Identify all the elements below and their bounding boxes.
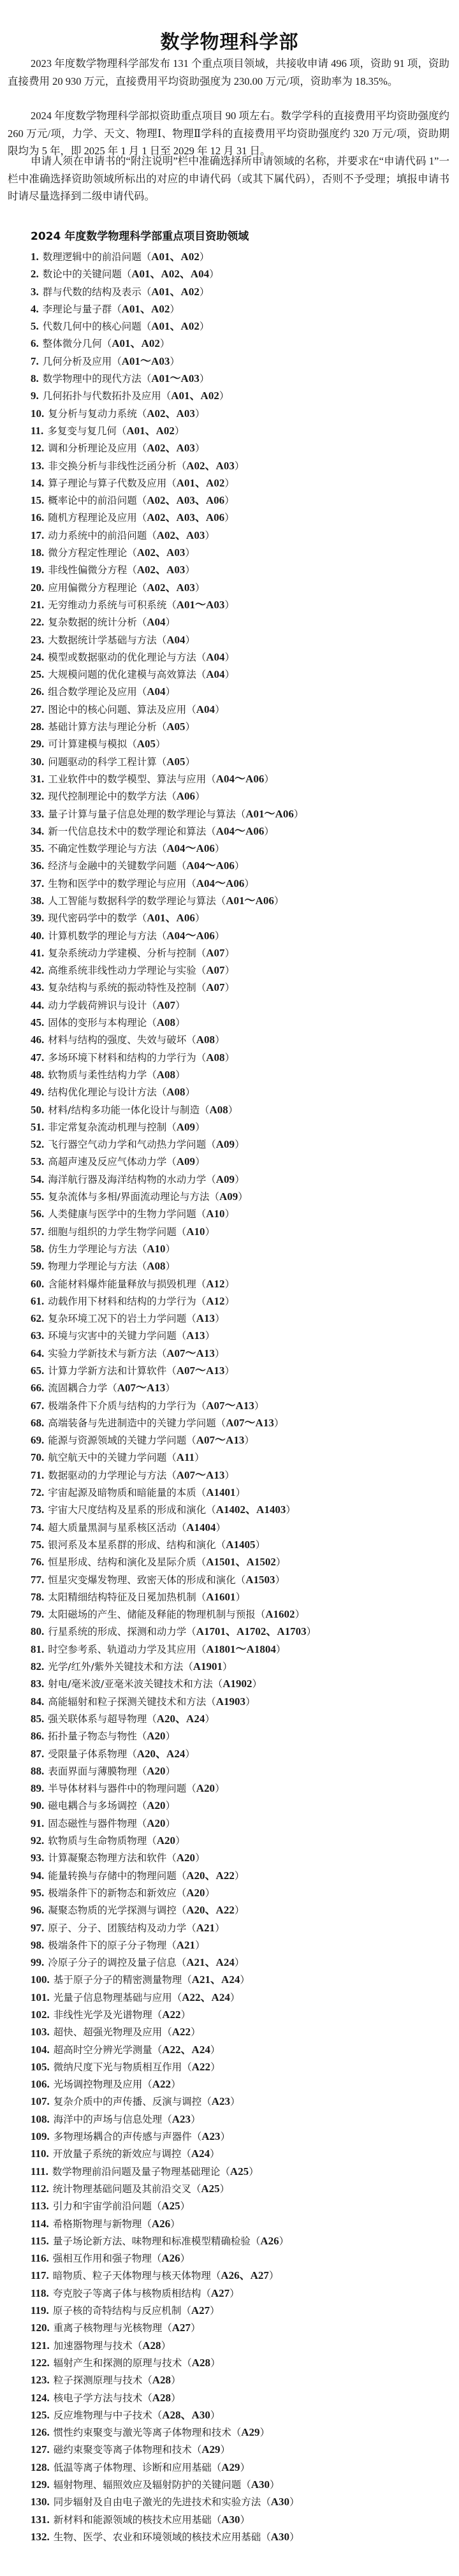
area-application-code: A07～A13 [177,1469,225,1481]
open-paren: （ [191,2183,201,2195]
close-paren: ） [286,1504,296,1516]
close-paren: ） [210,2357,221,2369]
funding-area-item: 12.调和分析理论及应用（A02、A03） [31,439,316,457]
funding-area-item: 61.动载作用下材料和结构的力学行为（A12） [31,1292,316,1310]
area-name: 问题驱动的科学工程计算 [48,756,157,768]
close-paren: ） [166,1800,176,1811]
close-paren: ） [205,1226,215,1238]
open-paren: （ [196,1296,207,1307]
area-name: 复分析与复动力系统 [48,408,137,420]
area-application-code: A29 [201,2443,220,2455]
open-paren: （ [200,1104,210,1116]
close-paren: ） [156,738,166,750]
area-number: 38. [31,895,44,907]
funding-area-item: 107.复杂介质中的声传播、反演与调控（A23） [31,2093,316,2110]
area-number: 125. [31,2409,50,2421]
open-paren: （ [196,1644,207,1655]
close-paren: ） [225,1296,235,1307]
close-paren: ） [224,478,235,489]
area-application-code: A25 [230,2165,249,2177]
area-application-code: A26 [152,2218,170,2230]
area-number: 64. [31,1347,44,1359]
area-application-code: A04 [147,616,165,628]
area-number: 9. [31,390,39,402]
funding-area-item: 28.基础计算方法与理论分析（A05） [31,718,316,735]
open-paren: （ [157,930,167,942]
area-name: 量子计算与量子信息处理的数学理论与算法 [48,809,236,820]
open-paren: （ [157,634,167,646]
open-paren: （ [236,809,246,820]
open-paren: （ [196,1556,207,1568]
open-paren: （ [142,321,152,332]
area-number: 29. [31,738,44,750]
close-paren: ） [195,1940,205,1951]
close-paren: ） [235,1174,245,1185]
open-paren: （ [117,425,127,437]
area-name: 非定常复杂流动机理与控制 [48,1122,166,1133]
area-application-code: A01～A03 [122,355,170,367]
area-number: 61. [31,1295,44,1307]
area-name: 计算机数学的理论与方法 [48,930,157,942]
area-name: 多场环境下材料和结构的力学行为 [48,1052,196,1064]
area-name: 惯性约束聚变与激光等离子体物理和技术 [54,2427,231,2438]
funding-area-item: 79.太阳磁场的产生、储能及释能的物理机制与预报（A1602） [31,1606,316,1623]
open-paren: （ [137,1800,147,1811]
area-name: 数学物理前沿问题及量子物理基础理论 [52,2166,221,2177]
area-name: 流固耦合力学 [48,1382,107,1394]
open-paren: （ [142,373,152,384]
open-paren: （ [137,1243,147,1255]
page-title: 数学物理科学部 [0,31,459,55]
intro-paragraph-2023-stats: 2023 年度数学物理科学部发布 131 个重点项目领域，共接收申请 496 项… [8,55,449,90]
area-application-code: A20、A22 [186,1904,235,1916]
funding-area-item: 10.复分析与复动力系统（A02、A03） [31,405,316,422]
area-application-code: A12 [206,1278,224,1290]
area-number: 72. [31,1486,44,1498]
area-number: 109. [31,2130,50,2142]
open-paren: （ [137,1261,147,1272]
funding-area-item: 27.图论中的核心问题、算法及应用（A04） [31,701,316,718]
open-paren: （ [177,1522,187,1533]
open-paren: （ [147,1000,157,1011]
close-paren: ） [240,2514,251,2526]
area-number: 21. [31,599,44,611]
close-paren: ） [166,1766,176,1777]
area-name: 生物和医学中的数学理论与应用 [48,878,186,889]
area-number: 113. [31,2200,49,2212]
area-application-code: A08 [196,1034,215,1046]
open-paren: （ [147,530,157,541]
area-name: 强关联体系与超导物理 [48,1713,147,1725]
funding-area-item: 100.基于原子分子的精密测量物理（A21、A24） [31,1971,316,1988]
close-paren: ） [224,1365,235,1377]
funding-area-item: 131.新材料和能源领域的核技术应用基础（A30） [31,2511,316,2528]
close-paren: ） [295,1609,305,1620]
close-paren: ） [216,1522,226,1533]
area-name: 航空航天中的关键力学问题 [48,1452,166,1463]
area-number: 43. [31,981,44,993]
area-application-code: A04 [166,634,185,646]
area-number: 60. [31,1278,44,1290]
area-application-code: A01、A02 [171,390,219,402]
close-paren: ） [171,2392,181,2404]
area-name: 计算力学新方法和计算软件 [48,1365,166,1377]
area-number: 66. [31,1382,44,1394]
funding-area-item: 20.应用偏微分方程理论（A02、A03） [31,579,316,596]
close-paren: ） [195,582,205,594]
area-name: 环境与灾害中的关键力学问题 [48,1330,177,1342]
area-application-code: A26 [161,2252,180,2264]
area-name: 固态磁性与器件物理 [48,1818,137,1829]
open-paren: （ [137,495,147,506]
area-name: 飞行器空气动力学和气动热力学问题 [48,1139,206,1150]
funding-area-item: 39.现代密码学中的数学（A01、A06） [31,909,316,926]
funding-area-item: 3.群与代数的结构及表示（A01、A02） [31,283,316,300]
area-name: 冷原子分子的调控及量子信息 [48,1957,177,1968]
area-name: 软物质与生命物质物理 [48,1835,147,1847]
area-number: 101. [31,1991,50,2003]
open-paren: （ [102,338,112,349]
area-number: 131. [31,2514,50,2526]
funding-area-item: 53.高超声速及反应气体动力学（A09） [31,1153,316,1170]
close-paren: ） [205,530,215,541]
open-paren: （ [177,1870,187,1882]
area-application-code: A09 [177,1155,195,1167]
funding-area-item: 89.半导体材料与器件中的物理问题（A20） [31,1780,316,1797]
funding-area-item: 125.反应堆物理与中子技术（A28、A30） [31,2406,316,2424]
open-paren: （ [152,2253,162,2264]
area-name: 高超声速及反应气体动力学 [48,1156,166,1167]
area-application-code: A07 [157,999,175,1011]
area-number: 70. [31,1451,44,1463]
area-name: 数学物理中的现代方法 [43,373,142,384]
close-paren: ） [166,686,176,698]
close-paren: ） [225,948,235,959]
open-paren: （ [212,2462,222,2473]
area-application-code: A02、A03 [137,546,186,559]
area-number: 47. [31,1051,44,1064]
funding-area-item: 36.经济与金融中的关键数学问题（A04～A06） [31,857,316,874]
area-number: 118. [31,2287,49,2299]
close-paren: ） [235,1905,245,1916]
close-paren: ） [230,1992,240,2003]
funding-area-item: 96.凝聚态物质的光学探测与调控（A20、A22） [31,1901,316,1919]
area-name: 复杂结构与系统的振动特性及控制 [48,982,196,993]
area-application-code: A1501、A1502 [206,1556,276,1568]
funding-area-item: 46.材料与结构的强度、失效与破坏（A08） [31,1031,316,1048]
funding-area-item: 60.含能材料爆炸能量释放与损毁机理（A12） [31,1275,316,1292]
area-number: 87. [31,1748,44,1760]
open-paren: （ [206,1139,216,1150]
close-paren: ） [220,2183,230,2195]
open-paren: （ [196,669,207,680]
open-paren: （ [251,2236,261,2247]
area-name: 反应堆物理与中子技术 [54,2410,152,2421]
close-paren: ） [166,1243,176,1255]
funding-area-item: 129.辐射物理、辐照效应及辐射防护的关键问题（A30） [31,2476,316,2493]
close-paren: ） [191,2026,201,2038]
area-application-code: A04 [196,703,215,715]
funding-area-item: 81.时空参考系、轨道动力学及其应用（A1801～A1804） [31,1641,316,1658]
close-paren: ） [170,304,180,315]
funding-area-item: 87.受限量子体系物理（A20、A24） [31,1745,316,1762]
area-application-code: A01、A02 [151,251,200,263]
funding-area-item: 16.随机方程理论及应用（A02、A03、A06） [31,509,316,526]
area-name: 现代密码学中的数学 [48,912,137,924]
open-paren: （ [196,965,207,976]
funding-area-item: 123.粒子探测原理与技术（A28） [31,2371,316,2389]
area-number: 45. [31,1016,44,1028]
open-paren: （ [147,1069,157,1081]
open-paren: （ [127,738,137,750]
area-name: 海洋中的声场与信息处理 [54,2114,163,2125]
close-paren: ） [260,2427,270,2438]
funding-area-item: 109.多物理场耦合的声传感与声器件（A23） [31,2128,316,2145]
open-paren: （ [166,478,177,489]
area-number: 54. [31,1173,44,1185]
open-paren: （ [196,652,207,663]
area-name: 射电/毫米波/亚毫米波关键技术和方法 [48,1678,212,1690]
area-name: 受限量子体系物理 [48,1748,127,1760]
area-name: 加速器物理与技术 [54,2340,133,2352]
funding-area-item: 74.超大质量黑洞与星系核区活动（A1404） [31,1519,316,1536]
area-number: 120. [31,2322,50,2334]
close-paren: ） [215,1922,225,1934]
area-application-code: A01、A06 [147,912,195,924]
area-name: 基础计算方法与理论分析 [48,721,157,733]
area-name: 高能辐射和粒子探测关键技术和方法 [48,1696,206,1708]
open-paren: （ [147,1017,157,1028]
area-name: 数论中的关键问题 [43,268,122,280]
funding-area-item: 72.宇宙起源及暗物质和暗能量的本质（A1401） [31,1484,316,1501]
open-paren: （ [137,686,147,698]
funding-area-item: 26.组合数学理论及应用（A04） [31,683,316,700]
open-paren: （ [220,2166,230,2177]
open-paren: （ [137,582,147,594]
open-paren: （ [196,982,207,993]
area-name: 几何拓扑与代数拓扑及应用 [43,390,161,402]
area-number: 91. [31,1817,44,1829]
area-name: 半导体材料与器件中的物理问题 [48,1783,186,1794]
open-paren: （ [137,617,147,628]
area-name: 代数几何中的核心问题 [43,321,142,332]
funding-area-item: 19.非线性偏微分方程（A02、A03） [31,561,316,578]
area-name: 辐射物理、辐照效应及辐射防护的关键问题 [54,2479,242,2491]
area-application-code: A05 [166,756,185,768]
close-paren: ） [235,1139,245,1150]
area-name: 海洋航行器及海洋结构物的水动力学 [48,1174,206,1185]
area-application-code: A29 [221,2461,240,2473]
area-number: 51. [31,1121,44,1133]
close-paren: ） [160,338,170,349]
area-application-code: A04～A06 [166,930,215,942]
area-number: 4. [31,303,39,315]
area-number: 65. [31,1365,44,1377]
funding-area-item: 85.强关联体系与超导物理（A20、A24） [31,1710,316,1727]
area-number: 77. [31,1574,44,1586]
area-application-code: A25 [201,2183,219,2195]
area-application-code: A23 [172,2113,191,2125]
area-application-code: A27 [191,2304,210,2316]
area-name: 辐射产生和探测的原理与技术 [54,2357,182,2369]
area-application-code: A1404 [186,1521,215,1533]
area-application-code: A01、A02 [151,286,200,298]
close-paren: ） [275,1574,286,1586]
area-application-code: A21 [177,1939,195,1951]
area-application-code: A1401 [206,1486,235,1498]
area-number: 114. [31,2218,49,2230]
area-application-code: A20 [186,1887,205,1899]
open-paren: （ [201,2096,212,2107]
area-number: 19. [31,564,44,576]
open-paren: （ [196,948,207,959]
funding-area-item: 58.仿生力学理论与方法（A10） [31,1240,316,1257]
area-name: 光场调控物理及应用 [54,2079,143,2090]
funding-area-item: 117.暗物质、粒子天体物理与核天体物理（A26、A27） [31,2267,316,2284]
area-application-code: A29 [241,2426,259,2438]
close-paren: ） [221,2444,231,2455]
funding-area-item: 75.银河系及本星系群的形成、结构和演化（A1405） [31,1536,316,1553]
close-paren: ） [186,721,196,733]
area-application-code: A09 [177,1121,195,1133]
funding-area-item: 94.能量转换与存储中的物理问题（A20、A22） [31,1867,316,1884]
area-number: 24. [31,651,44,663]
area-name: 光学/红外/紫外关键技术和方法 [48,1661,183,1672]
area-number: 110. [31,2148,49,2160]
open-paren: （ [181,2148,191,2160]
funding-area-item: 106.光场调控物理及应用（A22） [31,2075,316,2093]
open-paren: （ [127,564,137,576]
area-application-code: A10 [206,1208,224,1220]
area-application-code: A07～A13 [177,1365,225,1377]
close-paren: ） [191,2114,201,2125]
open-paren: （ [181,2305,191,2316]
close-paren: ） [195,408,205,420]
funding-area-item: 112.统计物理基础问题及其前沿交叉（A25） [31,2180,316,2197]
funding-area-item: 9.几何拓扑与代数拓扑及应用（A01、A02） [31,387,316,404]
area-name: 算子理论与算子代数及应用 [48,478,166,489]
close-paren: ） [230,2096,240,2107]
area-name: 材料与结构的强度、失效与破坏 [48,1034,186,1046]
funding-area-item: 83.射电/毫米波/亚毫米波关键技术和方法（A1902） [31,1675,316,1692]
funding-area-item: 15.概率论中的前沿问题（A02、A03、A06） [31,492,316,509]
funding-area-item: 124.核电子学方法与技术（A28） [31,2389,316,2406]
area-application-code: A04～A06 [166,842,215,854]
close-paren: ） [209,268,219,280]
funding-area-item: 55.复杂流体与多相/界面流动理论与方法（A09） [31,1188,316,1205]
area-number: 36. [31,860,44,872]
close-paren: ） [256,1539,266,1551]
area-name: 核电子学方法与技术 [54,2392,143,2404]
close-paren: ） [195,1852,205,1864]
area-number: 86. [31,1730,44,1742]
area-name: 强相互作用和强子物理 [53,2253,152,2264]
area-name: 粒子探测原理与技术 [54,2375,143,2386]
open-paren: （ [142,2218,152,2230]
area-number: 40. [31,930,44,942]
area-number: 14. [31,477,44,489]
area-name: 宇宙起源及暗物质和暗能量的本质 [48,1487,196,1498]
close-paren: ） [210,2148,220,2160]
area-application-code: A01、A02、A04 [131,268,209,280]
funding-area-item: 42.高维系统非线性动力学理论与实验（A07） [31,962,316,979]
area-application-code: A26、A27 [221,2269,269,2281]
open-paren: （ [166,1365,177,1377]
area-number: 58. [31,1243,44,1255]
close-paren: ） [200,286,210,298]
area-name: 动载作用下材料和结构的力学行为 [48,1296,196,1307]
funding-area-item: 93.计算凝聚态物理方法和软件（A20） [31,1849,316,1866]
funding-area-item: 108.海洋中的声场与信息处理（A23） [31,2111,316,2128]
area-application-code: A20 [196,1782,215,1794]
close-paren: ） [235,460,245,472]
area-name: 调和分析理论及应用 [48,443,137,454]
close-paren: ） [236,1592,246,1603]
area-name: 宇宙大尺度结构及星系的形成和演化 [48,1504,206,1516]
area-number: 81. [31,1643,44,1655]
open-paren: （ [112,304,122,315]
close-paren: ） [170,2218,180,2230]
funding-area-item: 18.微分方程定性理论（A02、A03） [31,544,316,561]
area-number: 63. [31,1329,44,1342]
close-paren: ） [276,1644,286,1655]
funding-area-item: 7.几何分析及应用（A01～A03） [31,353,316,370]
area-name: 图论中的核心问题、算法及应用 [48,704,186,715]
area-application-code: A26 [260,2235,279,2247]
close-paren: ） [240,2462,251,2473]
area-name: 高端装备与先进制造中的关键力学问题 [48,1417,216,1429]
area-application-code: A1602 [265,1608,295,1620]
area-name: 实验力学新技术与新方法 [48,1348,157,1359]
open-paren: （ [182,1974,192,1986]
area-application-code: A30 [251,2478,270,2491]
area-number: 22. [31,616,44,628]
area-number: 73. [31,1504,44,1516]
close-paren: ） [205,1713,215,1725]
close-paren: ） [181,2009,191,2021]
close-paren: ） [276,1556,286,1568]
area-name: 恒星形成、结构和演化及星际介质 [48,1556,196,1568]
area-application-code: A10 [186,1226,205,1238]
open-paren: （ [192,2444,202,2455]
area-application-code: A08 [157,1069,175,1081]
close-paren: ） [244,878,254,889]
area-application-code: A24 [191,2148,210,2160]
area-application-code: A07 [206,981,224,993]
open-paren: （ [133,2340,143,2352]
area-application-code: A01、A02 [112,337,160,349]
area-application-code: A23 [201,2130,220,2142]
close-paren: ） [175,1835,186,1847]
area-name: 应用偏微分方程理论 [48,582,137,594]
area-application-code: A02、A03 [157,529,205,541]
area-application-code: A02、A03、A06 [147,494,224,506]
area-application-code: A02、A03 [137,564,186,576]
close-paren: ） [200,373,210,384]
open-paren: （ [177,1226,187,1238]
area-number: 106. [31,2078,50,2090]
area-application-code: A20 [147,1730,165,1742]
funding-area-item: 2.数论中的关键问题（A01、A02、A04） [31,265,316,282]
area-number: 10. [31,407,44,420]
area-name: 材料/结构多功能一体化设计与制造 [48,1104,200,1116]
open-paren: （ [166,1470,177,1481]
open-paren: （ [206,1504,216,1516]
area-number: 99. [31,1956,44,1968]
funding-area-item: 111.数学物理前沿问题及量子物理基础理论（A25） [31,2163,316,2180]
area-application-code: A08 [206,1051,224,1064]
area-name: 大数据统计学基础与方法 [48,634,157,646]
